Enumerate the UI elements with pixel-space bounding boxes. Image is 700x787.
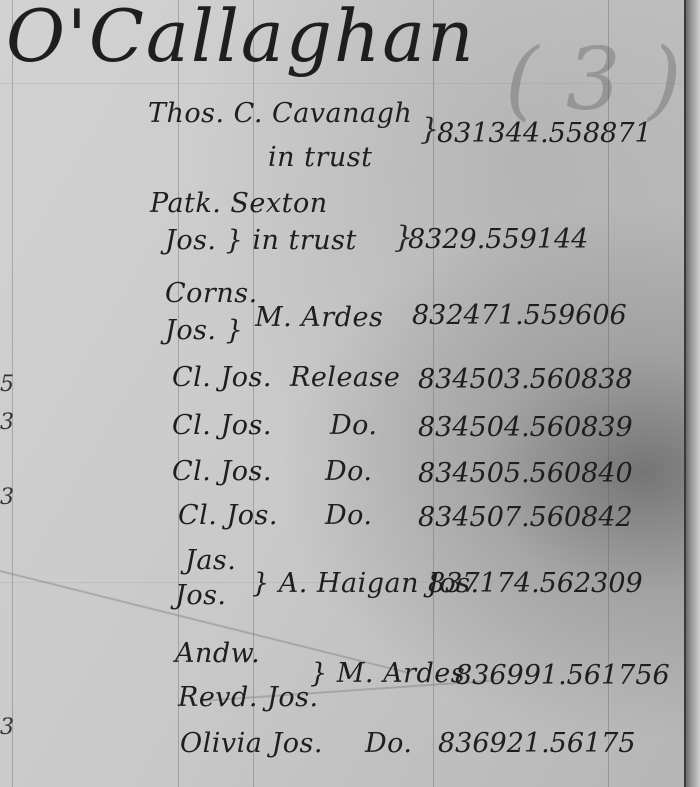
holder-name: Cl. Jos. <box>172 362 272 393</box>
holder-qualifier: Jos. <box>175 580 227 611</box>
ledger-number: 831344.558871 <box>437 118 652 149</box>
ledger-page: ( 3 ) O'Callaghan 5 3 3 3 Thos. C. Cavan… <box>0 0 700 787</box>
ledger-number: 8329.559144 <box>408 224 588 255</box>
holder-qualifier: Revd. Jos. <box>178 682 319 713</box>
holder-qualifier: Jos. } <box>165 315 243 346</box>
relation: Do. <box>330 410 378 441</box>
relation: Do. <box>365 728 413 759</box>
ledger-number: 834503.560838 <box>418 364 633 395</box>
holder-name: Thos. C. Cavanagh <box>148 98 412 129</box>
margin-number: 3 <box>0 410 14 435</box>
ledger-number: 837174.562309 <box>428 568 643 599</box>
ledger-number: 836921.56175 <box>438 728 636 759</box>
ledger-number: 836991.561756 <box>455 660 670 691</box>
relation: Do. <box>325 456 373 487</box>
holder-name: Cl. Jos. <box>178 500 278 531</box>
holder-name: Jas. <box>185 545 236 576</box>
relation: M. Ardes <box>255 302 383 333</box>
page-edge-shadow <box>686 0 700 787</box>
holder-name: Patk. Sexton <box>150 188 328 219</box>
ledger-number: 834504.560839 <box>418 412 633 443</box>
margin-number: 3 <box>0 715 14 740</box>
holder-name: Cl. Jos. <box>172 456 272 487</box>
folio-mark: ( 3 ) <box>505 30 682 130</box>
margin-number: 3 <box>0 485 14 510</box>
holder-qualifier: Jos. } in trust <box>165 225 357 256</box>
surname-heading: O'Callaghan <box>6 0 476 78</box>
relation: } M. Ardes <box>310 658 465 689</box>
relation: Do. <box>325 500 373 531</box>
holder-qualifier: in trust <box>268 142 372 173</box>
ledger-number: 832471.559606 <box>412 300 627 331</box>
margin-number: 5 <box>0 372 14 397</box>
relation: Release <box>290 362 400 393</box>
holder-name: Olivia Jos. <box>180 728 323 759</box>
ledger-number: 834507.560842 <box>418 502 633 533</box>
ledger-number: 834505.560840 <box>418 458 633 489</box>
holder-name: Andw. <box>175 638 260 669</box>
holder-name: Cl. Jos. <box>172 410 272 441</box>
holder-name: Corns. <box>165 278 258 309</box>
